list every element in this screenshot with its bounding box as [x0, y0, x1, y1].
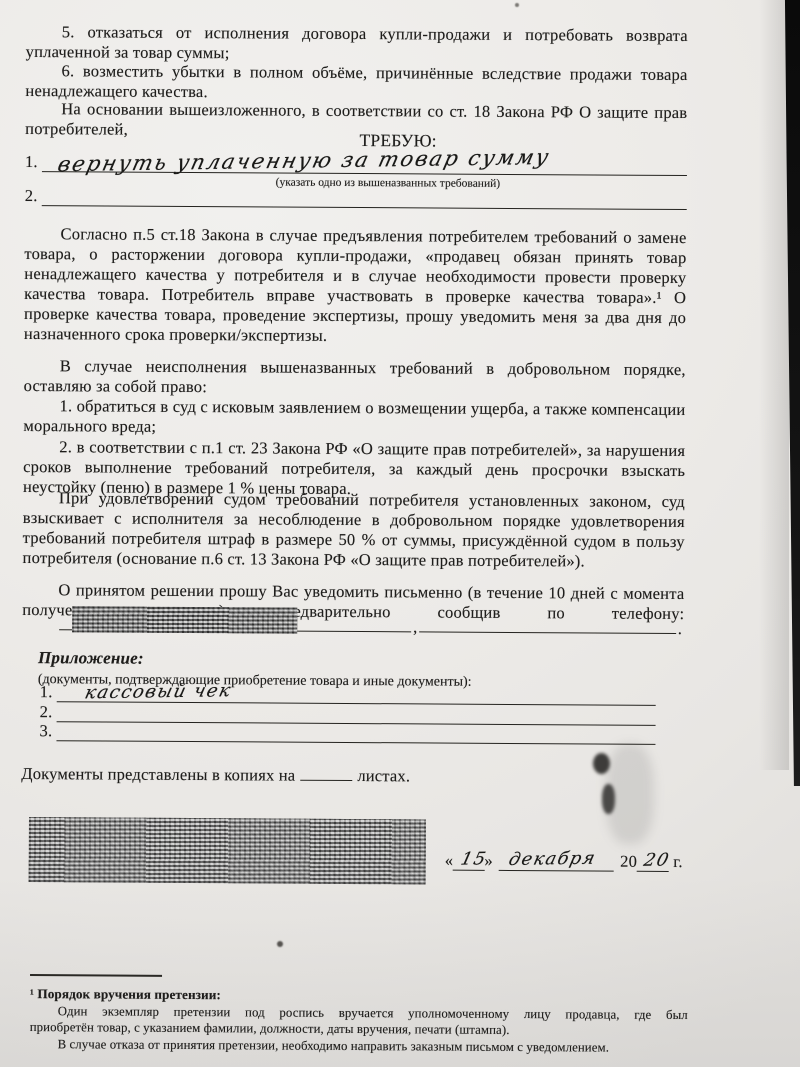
attachment-item-3-number: 3. — [39, 721, 56, 741]
demand-field-2-number: 2. — [25, 186, 42, 206]
copies-suffix: листах. — [357, 766, 410, 785]
date-year-blank: 20 — [637, 847, 668, 872]
phone-number-redaction — [72, 606, 297, 633]
signature-redaction — [29, 817, 426, 884]
claim-item-6: 6. возместить убытки в полном объёме, пр… — [25, 61, 687, 105]
date-month-handwriting: декабря — [507, 849, 598, 870]
footnote-refusal-paragraph: В случае отказа от принятия претензии, н… — [30, 1036, 688, 1057]
demand-field-2-line — [42, 183, 687, 210]
footnote-separator — [30, 974, 162, 977]
copies-blank — [300, 766, 352, 781]
footnote: ¹ Порядок вручения претензии: Один экзем… — [30, 986, 688, 1056]
attachment-item-2-number: 2. — [40, 702, 57, 722]
attachment-item-3-line — [56, 718, 655, 745]
attachment-item-3: 3. — [39, 721, 655, 745]
rights-intro-paragraph: В случае неисполнения вышеназванных треб… — [24, 356, 686, 400]
date-day-blank: 15 — [453, 846, 484, 871]
phone-line-comma: , — [411, 622, 419, 632]
attachment-item-1-number: 1. — [40, 682, 57, 702]
date-line: « 15 » декабря 20 20 г. — [445, 837, 683, 872]
copies-prefix: Документы представлены в копиях на — [21, 764, 295, 785]
footnote-delivery-paragraph: Один экземпляр претензии под роспись вру… — [30, 1003, 688, 1040]
court-fine-paragraph: При удовлетворении судом требований потр… — [23, 488, 685, 572]
demand-field-2: 2. — [25, 184, 687, 210]
rights-item-1: 1. обратиться в суд с исковым заявлением… — [23, 396, 685, 440]
demand-field-1: 1. вернуть уплаченную за товар сумму — [25, 148, 687, 176]
attachment-heading: Приложение: — [38, 648, 700, 672]
demand-field-1-handwriting: вернуть уплаченную за товар сумму — [56, 147, 552, 174]
claim-item-5: 5. отказаться от исполнения договора куп… — [26, 22, 688, 66]
demand-field-1-line: вернуть уплаченную за товар сумму — [42, 149, 687, 176]
date-quote-open: « — [445, 851, 454, 871]
document-photo: 5. отказаться от исполнения договора куп… — [0, 0, 800, 1067]
date-year-handwriting: 20 — [642, 850, 672, 870]
copies-line: Документы представлены в копиях налистах… — [21, 764, 683, 788]
date-year-suffix: г. — [673, 852, 683, 872]
claim-letter-page: 5. отказаться от исполнения договора куп… — [19, 0, 688, 1067]
phone-line-period: . — [676, 624, 684, 634]
demand-field-1-number: 1. — [25, 152, 42, 172]
quality-check-paragraph: Согласно п.5 ст.18 Закона в случае предъ… — [24, 224, 687, 348]
phone-blank-segment-2 — [419, 609, 675, 634]
paper-edge-shadow — [759, 0, 789, 770]
date-month-blank: декабря — [499, 846, 614, 872]
date-day-handwriting: 15 — [459, 849, 489, 869]
date-century: 20 — [620, 852, 637, 872]
